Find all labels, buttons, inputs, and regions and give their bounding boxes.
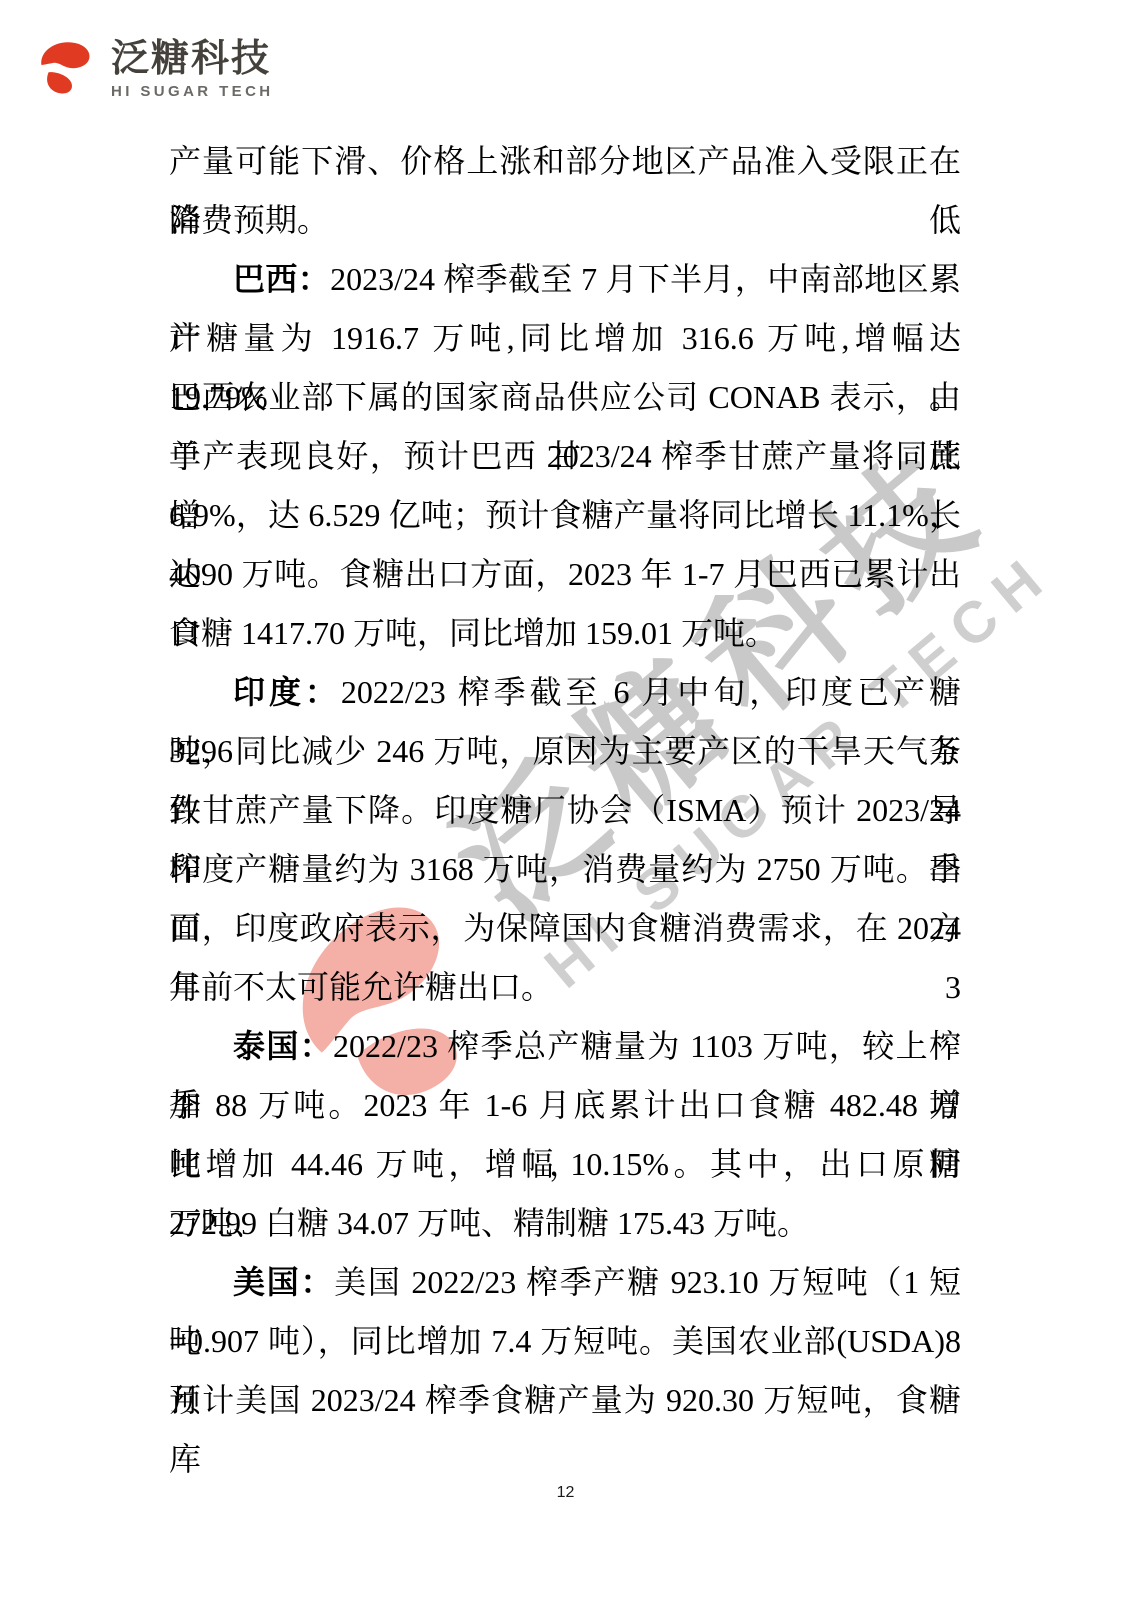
text-line: 吨，同比减少 246 万吨，原因为主要产区的干旱天气条件导 xyxy=(169,722,961,781)
text-line: 预计美国 2023/24 榨季食糖产量为 920.30 万短吨，食糖库 xyxy=(169,1371,961,1430)
document-page: 泛糖科技 HI SUGAR TECH 泛糖科技 HI SUGAR TECH 产量… xyxy=(0,0,1131,1600)
line-text: 消费预期。 xyxy=(169,202,329,238)
text-line: 面，印度政府表示，为保障国内食糖消费需求，在 2024 年 3 xyxy=(169,899,961,958)
text-line: 印度产糖量约为 3168 万吨，消费量约为 2750 万吨。出口方 xyxy=(169,840,961,899)
text-line: 4090 万吨。食糖出口方面，2023 年 1-7 月巴西已累计出口 xyxy=(169,545,961,604)
hi-sugar-swoosh-icon xyxy=(36,38,96,98)
text-line: 美国：美国 2022/23 榨季产糖 923.10 万短吨（1 短吨 xyxy=(169,1253,961,1312)
text-line: 致甘蔗产量下降。印度糖厂协会（ISMA）预计 2023/24 榨季 xyxy=(169,781,961,840)
text-line: 巴西：2023/24 榨季截至 7 月下半月，中南部地区累计 xyxy=(169,250,961,309)
text-line: 巴西农业部下属的国家商品供应公司 CONAB 表示，由于甘蔗 xyxy=(169,368,961,427)
text-line: 印度：2022/23 榨季截至 6 月中旬，印度已产糖 3296 万 xyxy=(169,663,961,722)
text-line: 加 88 万吨。2023 年 1-6 月底累计出口食糖 482.48 万吨，同 xyxy=(169,1076,961,1135)
logo-company-name-en: HI SUGAR TECH xyxy=(111,83,274,100)
line-text: 食糖 1417.70 万吨，同比增加 159.01 万吨。 xyxy=(169,615,777,651)
text-line: 产糖量为 1916.7 万吨,同比增加 316.6 万吨,增幅达 19.79%。 xyxy=(169,309,961,368)
line-text: 月前不太可能允许糖出口。 xyxy=(169,969,553,1005)
logo-text-block: 泛糖科技 HI SUGAR TECH xyxy=(111,38,274,100)
text-line: 食糖 1417.70 万吨，同比增加 159.01 万吨。 xyxy=(169,604,961,663)
text-line: 比增加 44.46 万吨，增幅 10.15%。其中，出口原糖 272.99 xyxy=(169,1135,961,1194)
text-line: =0.907 吨），同比增加 7.4 万短吨。美国农业部(USDA)8 月 xyxy=(169,1312,961,1371)
line-text: 万吨、白糖 34.07 万吨、精制糖 175.43 万吨。 xyxy=(169,1205,809,1241)
text-line: 泰国：2022/23 榨季总产糖量为 1103 万吨，较上榨季增 xyxy=(169,1017,961,1076)
paragraph-label: 印度： xyxy=(233,674,341,710)
text-line: 6.9%，达 6.529 亿吨；预计食糖产量将同比增长 11.1%，达 xyxy=(169,486,961,545)
text-line: 单产表现良好，预计巴西 2023/24 榨季甘蔗产量将同比增长 xyxy=(169,427,961,486)
logo-company-name: 泛糖科技 xyxy=(111,38,274,80)
text-line: 万吨、白糖 34.07 万吨、精制糖 175.43 万吨。 xyxy=(169,1194,961,1253)
line-text: 预计美国 2023/24 榨季食糖产量为 920.30 万短吨，食糖库 xyxy=(169,1382,961,1477)
document-body: 产量可能下滑、价格上涨和部分地区产品准入受限正在降低消费预期。巴西：2023/2… xyxy=(169,132,961,1430)
paragraph-label: 泰国： xyxy=(233,1028,333,1064)
text-line: 产量可能下滑、价格上涨和部分地区产品准入受限正在降低 xyxy=(169,132,961,191)
company-logo: 泛糖科技 HI SUGAR TECH xyxy=(36,38,274,100)
paragraph-label: 巴西： xyxy=(233,261,330,297)
page-number: 12 xyxy=(0,1484,1131,1502)
paragraph-label: 美国： xyxy=(233,1264,334,1300)
